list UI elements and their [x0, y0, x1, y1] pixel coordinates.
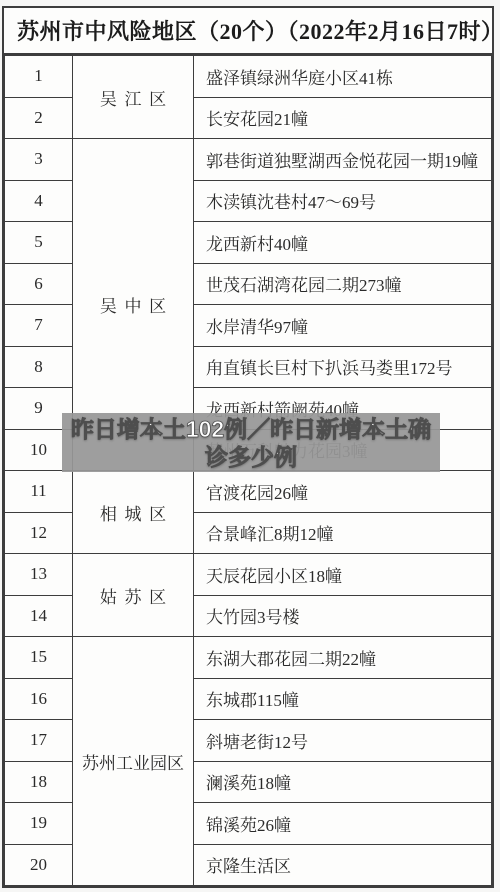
location-cell: 盛泽镇绿洲华庭小区41栋 — [194, 56, 492, 98]
row-number-cell: 11 — [5, 471, 73, 513]
location-cell: 长安花园21幢 — [194, 97, 492, 139]
location-cell: 郭巷街道独墅湖西金悦花园一期19幢 — [194, 139, 492, 181]
location-cell: 官渡花园26幢 — [194, 471, 492, 513]
row-number-cell: 8 — [5, 346, 73, 388]
location-cell: 龙西新村40幢 — [194, 222, 492, 264]
row-number-cell: 12 — [5, 512, 73, 554]
location-cell: 木渎镇沈巷村47～69号 — [194, 180, 492, 222]
location-cell: 澜溪苑18幢 — [194, 761, 492, 803]
location-cell: 世茂石湖湾花园二期273幢 — [194, 263, 492, 305]
row-number-cell: 16 — [5, 678, 73, 720]
district-cell: 苏州工业园区 — [73, 637, 194, 886]
location-cell: 京隆生活区 — [194, 844, 492, 886]
row-number-cell: 3 — [5, 139, 73, 181]
table-row: 1吴江区盛泽镇绿洲华庭小区41栋 — [5, 56, 492, 98]
row-number-cell: 14 — [5, 595, 73, 637]
location-cell: 合景峰汇8期12幢 — [194, 512, 492, 554]
table-row: 13姑苏区天辰花园小区18幢 — [5, 554, 492, 596]
row-number-cell: 7 — [5, 305, 73, 347]
headline-overlay-text: 昨日增本土102例／昨日新增本土确诊多少例 — [62, 415, 440, 471]
location-cell: 锦溪苑26幢 — [194, 803, 492, 845]
row-number-cell: 5 — [5, 222, 73, 264]
location-cell: 斜塘老街12号 — [194, 720, 492, 762]
row-number-cell: 15 — [5, 637, 73, 679]
row-number-cell: 13 — [5, 554, 73, 596]
location-cell: 东城郡115幢 — [194, 678, 492, 720]
row-number-cell: 19 — [5, 803, 73, 845]
location-cell: 东湖大郡花园二期22幢 — [194, 637, 492, 679]
location-cell: 天辰花园小区18幢 — [194, 554, 492, 596]
table-title: 苏州市中风险地区（20个）（2022年2月16日7时） — [4, 8, 492, 55]
location-cell: 甪直镇长巨村下扒浜马娄里172号 — [194, 346, 492, 388]
row-number-cell: 17 — [5, 720, 73, 762]
table-row: 3吴中区郭巷街道独墅湖西金悦花园一期19幢 — [5, 139, 492, 181]
row-number-cell: 1 — [5, 56, 73, 98]
row-number-cell: 6 — [5, 263, 73, 305]
headline-overlay: 昨日增本土102例／昨日新增本土确诊多少例 — [62, 413, 440, 472]
row-number-cell: 18 — [5, 761, 73, 803]
district-cell: 姑苏区 — [73, 554, 194, 637]
row-number-cell: 2 — [5, 97, 73, 139]
location-cell: 水岸清华97幢 — [194, 305, 492, 347]
row-number-cell: 4 — [5, 180, 73, 222]
row-number-cell: 20 — [5, 844, 73, 886]
district-cell: 相城区 — [73, 471, 194, 554]
district-cell: 吴江区 — [73, 56, 194, 139]
table-row: 11相城区官渡花园26幢 — [5, 471, 492, 513]
location-cell: 大竹园3号楼 — [194, 595, 492, 637]
table-row: 15苏州工业园区东湖大郡花园二期22幢 — [5, 637, 492, 679]
